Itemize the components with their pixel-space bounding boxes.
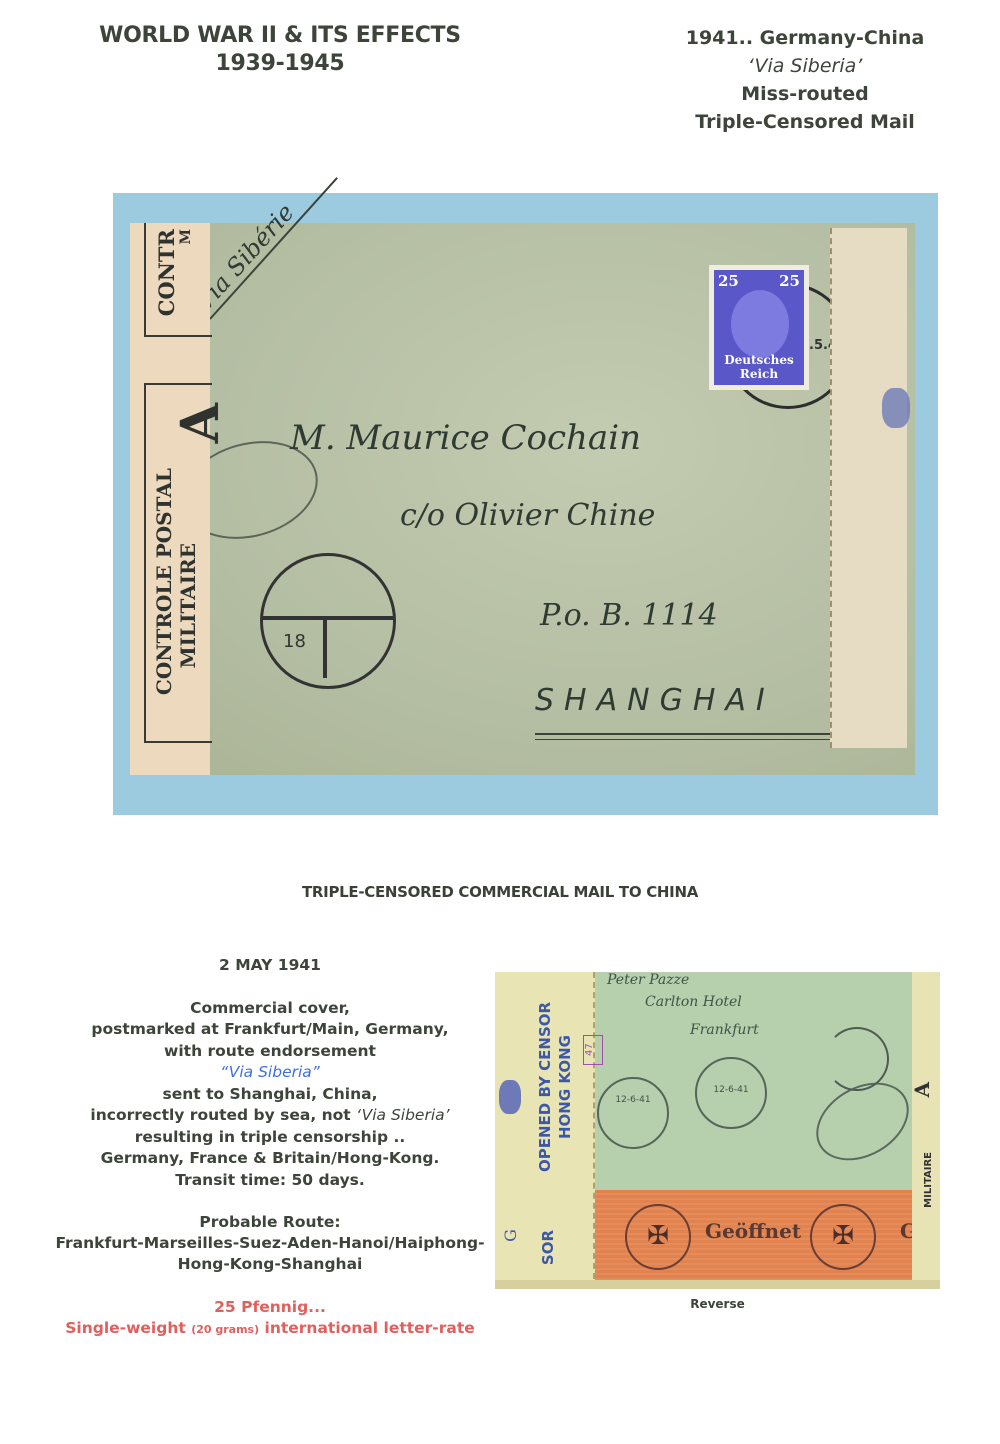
hk-censor-label: OPENED BY CENSOR HONG KONG bbox=[535, 982, 575, 1192]
heading-censored: Triple-Censored Mail bbox=[645, 108, 965, 136]
german-tape-text: Geöffnet bbox=[705, 1219, 801, 1243]
tape-text-controle-postal: CONTROLE POSTAL bbox=[152, 468, 176, 695]
heading-missrouted: Miss-routed bbox=[645, 80, 965, 108]
stamp-country: Deutsches Reich bbox=[714, 353, 804, 381]
haiphong-postmark: 12-6-41 bbox=[597, 1077, 669, 1149]
city-underline bbox=[535, 733, 845, 735]
hindenburg-portrait-icon bbox=[731, 290, 789, 358]
desc-line: incorrectly routed by sea, not ‘Via Sibe… bbox=[40, 1105, 500, 1127]
heading-route: ‘Via Siberia’ bbox=[645, 52, 965, 80]
desc-line: with route endorsement bbox=[40, 1041, 500, 1063]
desc-line: sent to Shanghai, China, bbox=[40, 1084, 500, 1106]
french-tape-letter: A bbox=[910, 1082, 934, 1098]
desc-line: Commercial cover, bbox=[40, 998, 500, 1020]
page-heading-right: 1941.. Germany-China ‘Via Siberia’ Miss-… bbox=[645, 24, 965, 136]
sender-name: Peter Pazze bbox=[607, 972, 689, 988]
hanoi-postmark: 12-6-41 bbox=[695, 1057, 767, 1129]
eagle-censor-seal-icon: ✠ bbox=[810, 1204, 876, 1270]
french-censor-tape-reverse bbox=[912, 972, 940, 1289]
address-city: SHANGHAI bbox=[535, 683, 775, 718]
censor-number-box: 47 bbox=[583, 1035, 603, 1065]
sender-city: Frankfurt bbox=[690, 1022, 759, 1038]
address-care-of: c/o Olivier Chine bbox=[400, 498, 655, 533]
desc-line: postmarked at Frankfurt/Main, Germany, bbox=[40, 1019, 500, 1041]
tape-letter-a: A bbox=[170, 403, 231, 443]
postage-stamp: 25 25 Deutsches Reich bbox=[709, 265, 809, 390]
route-line: Hong-Kong-Shanghai bbox=[40, 1254, 500, 1275]
cover-date: 2 MAY 1941 bbox=[40, 955, 500, 977]
section-title: TRIPLE-CENSORED COMMERCIAL MAIL TO CHINA bbox=[0, 883, 1000, 901]
hk-censor-partial: SOR bbox=[539, 1230, 557, 1265]
heading-subject: 1941.. Germany-China bbox=[645, 24, 965, 52]
stamp-value-right: 25 bbox=[779, 272, 800, 290]
reverse-caption: Reverse bbox=[495, 1297, 940, 1311]
heading-years: 1939-1945 bbox=[60, 50, 500, 78]
stamp-value-left: 25 bbox=[718, 272, 739, 290]
address-po-box: P.o. B. 1114 bbox=[540, 598, 718, 633]
desc-transit-time: Transit time: 50 days. bbox=[40, 1170, 500, 1192]
chinese-postmark-reverse bbox=[825, 1027, 889, 1091]
desc-route-endorsement: “Via Siberia” bbox=[40, 1062, 500, 1084]
heading-title: WORLD WAR II & ITS EFFECTS bbox=[60, 22, 500, 50]
hk-censor-tape-front bbox=[830, 228, 907, 748]
royal-crest-icon bbox=[882, 388, 910, 428]
cover-description: 2 MAY 1941 Commercial cover, postmarked … bbox=[40, 955, 500, 1191]
desc-line: resulting in triple censorship .. bbox=[40, 1127, 500, 1149]
sender-hotel: Carlton Hotel bbox=[645, 994, 742, 1010]
reverse-cover-image: G R OPENED BY CENSOR HONG KONG SOR 47 Pe… bbox=[495, 972, 940, 1289]
royal-crest-icon bbox=[499, 1080, 521, 1114]
reverse-bottom-edge bbox=[495, 1280, 940, 1289]
desc-line: Germany, France & Britain/Hong-Kong. bbox=[40, 1148, 500, 1170]
city-underline-2 bbox=[535, 739, 835, 740]
probable-route: Probable Route: Frankfurt-Marseilles-Sue… bbox=[40, 1212, 500, 1275]
tape-text-militaire: MILITAIRE bbox=[176, 543, 200, 668]
page-heading-left: WORLD WAR II & ITS EFFECTS 1939-1945 bbox=[60, 22, 500, 78]
address-name: M. Maurice Cochain bbox=[290, 418, 641, 458]
french-tape-militaire: MILITAIRE bbox=[923, 1152, 934, 1208]
eagle-censor-seal-icon: ✠ bbox=[625, 1204, 691, 1270]
rate-description: Single-weight (20 grams) international l… bbox=[40, 1318, 500, 1340]
tape-text-contr: CONTR bbox=[154, 229, 179, 316]
route-label: Probable Route: bbox=[40, 1212, 500, 1233]
rate-amount: 25 Pfennig... bbox=[40, 1297, 500, 1318]
postage-due-t-postmark: 18 bbox=[260, 553, 396, 689]
postage-rate: 25 Pfennig... Single-weight (20 grams) i… bbox=[40, 1297, 500, 1340]
route-line: Frankfurt-Marseilles-Suez-Aden-Hanoi/Hai… bbox=[40, 1233, 500, 1254]
tape-text-m: M bbox=[178, 229, 194, 245]
french-censor-tape-front: CONTR M A CONTROLE POSTAL MILITAIRE bbox=[130, 223, 210, 775]
gr-cipher: G R bbox=[501, 1032, 520, 1242]
